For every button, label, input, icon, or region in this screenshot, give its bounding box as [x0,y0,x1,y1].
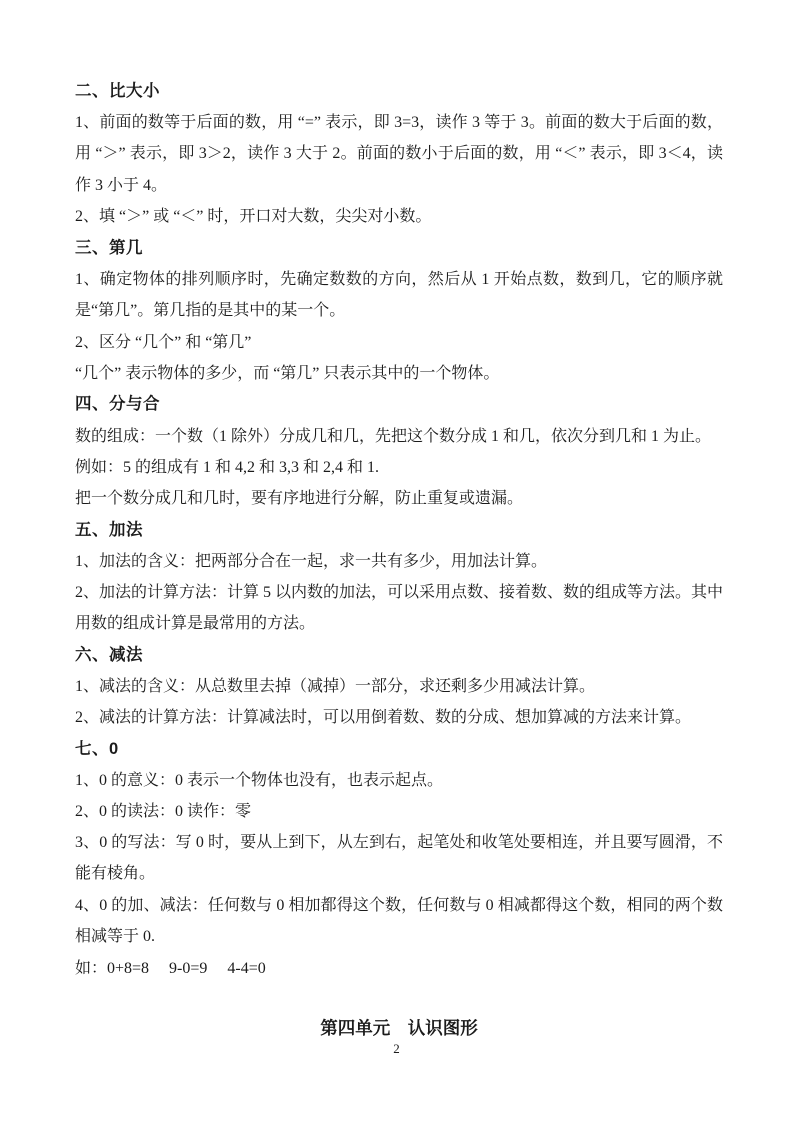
document-page: 二、比大小1、前面的数等于后面的数，用 “=” 表示，即 3=3，读作 3 等于… [0,0,793,1122]
chapter-heading: 第四单元 认识图形 [75,1013,723,1044]
paragraph: 把一个数分成几和几时，要有序地进行分解，防止重复或遗漏。 [75,483,723,514]
paragraph: 1、加法的含义：把两部分合在一起，求一共有多少，用加法计算。 [75,546,723,577]
section-heading: 二、比大小 [75,76,723,107]
page-number: 2 [0,1041,793,1057]
paragraph: 数的组成：一个数（1 除外）分成几和几，先把这个数分成 1 和几，依次分到几和 … [75,421,723,452]
section-heading: 三、第几 [75,233,723,264]
section-heading: 六、减法 [75,640,723,671]
paragraph: 如：0+8=8 9-0=9 4-4=0 [75,953,723,984]
section-heading: 四、分与合 [75,389,723,420]
paragraph: 3、0 的写法：写 0 时，要从上到下，从左到右，起笔处和收笔处要相连，并且要写… [75,827,723,890]
section-heading: 五、加法 [75,515,723,546]
paragraph: “几个” 表示物体的多少，而 “第几” 只表示其中的一个物体。 [75,358,723,389]
paragraph: 2、区分 “几个” 和 “第几” [75,327,723,358]
paragraph: 2、加法的计算方法：计算 5 以内数的加法，可以采用点数、接着数、数的组成等方法… [75,577,723,640]
paragraph: 2、填 “＞” 或 “＜” 时，开口对大数，尖尖对小数。 [75,201,723,232]
paragraph: 2、减法的计算方法：计算减法时，可以用倒着数、数的分成、想加算减的方法来计算。 [75,702,723,733]
paragraph: 4、0 的加、减法：任何数与 0 相加都得这个数，任何数与 0 相减都得这个数，… [75,890,723,953]
paragraph: 2、0 的读法：0 读作：零 [75,796,723,827]
paragraph: 1、0 的意义：0 表示一个物体也没有，也表示起点。 [75,765,723,796]
paragraph: 1、确定物体的排列顺序时，先确定数数的方向，然后从 1 开始点数，数到几，它的顺… [75,264,723,327]
paragraph: 例如：5 的组成有 1 和 4,2 和 3,3 和 2,4 和 1. [75,452,723,483]
paragraph: 1、减法的含义：从总数里去掉（减掉）一部分，求还剩多少用减法计算。 [75,671,723,702]
paragraph: 1、前面的数等于后面的数，用 “=” 表示，即 3=3，读作 3 等于 3。前面… [75,107,723,201]
section-heading: 七、0 [75,734,723,765]
